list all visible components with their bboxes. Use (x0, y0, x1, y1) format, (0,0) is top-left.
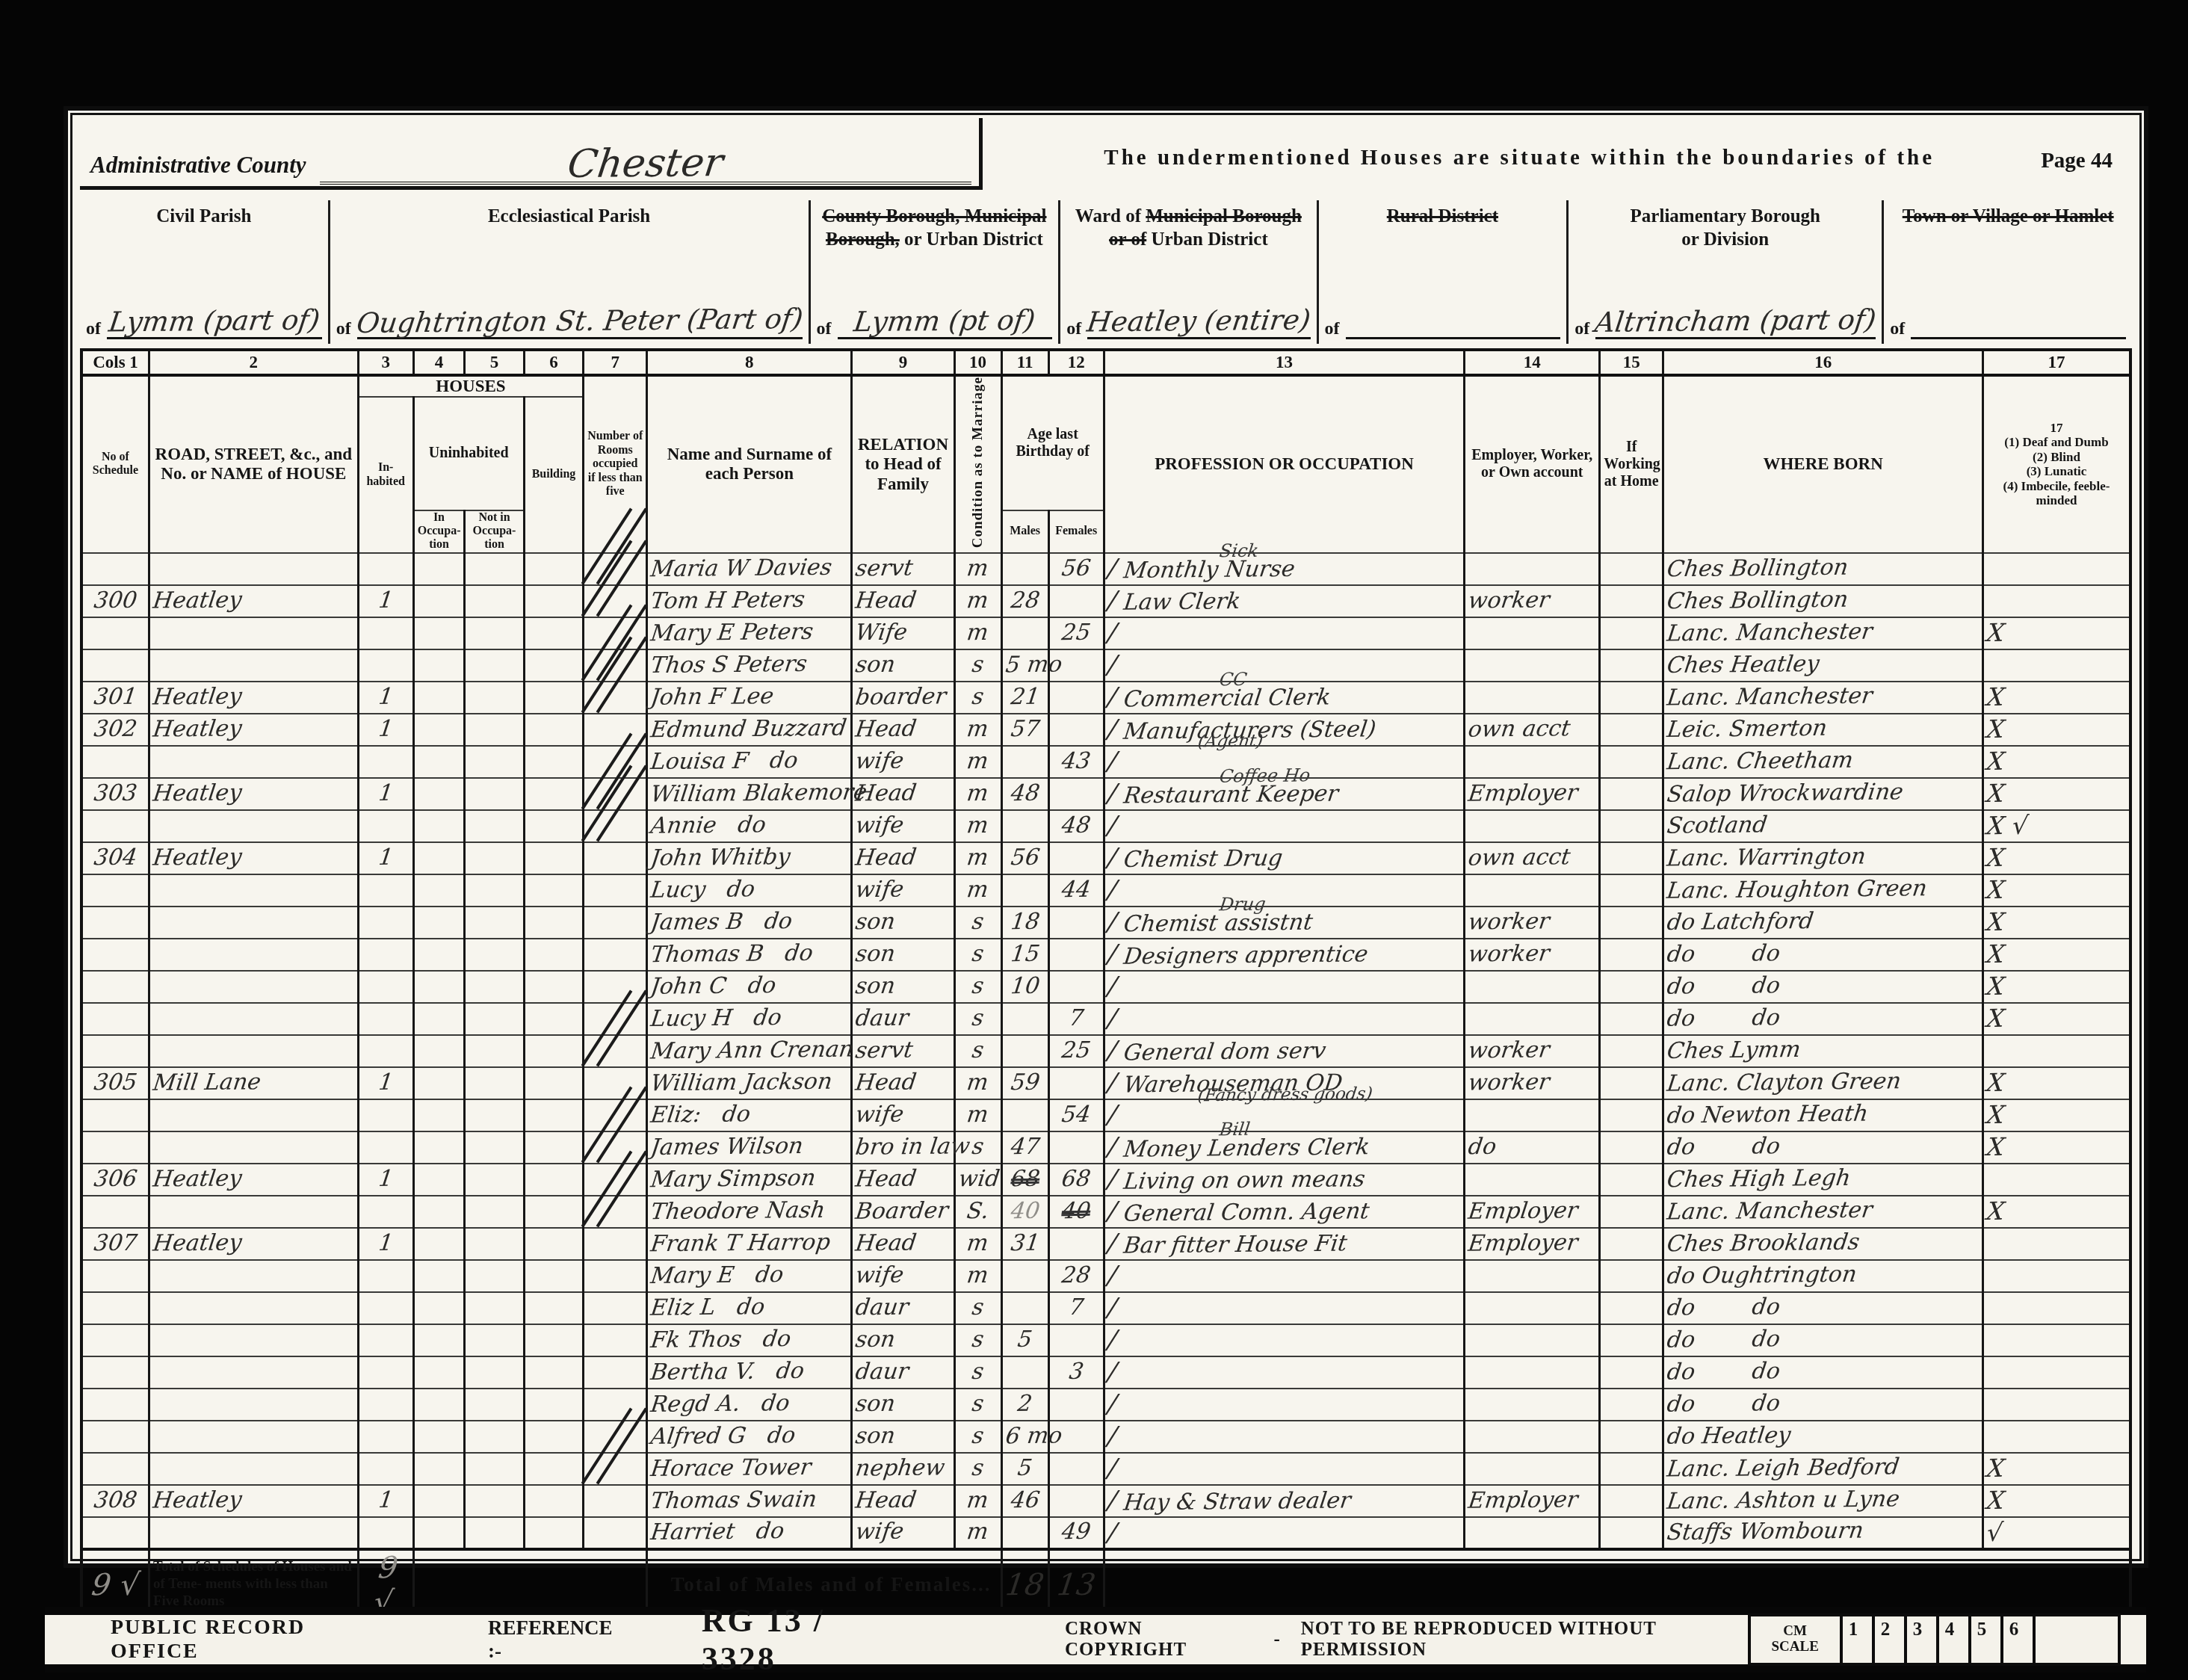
schedule-cell (81, 874, 149, 907)
infirmity-cell: X (1983, 1099, 2131, 1131)
building-cell (524, 1003, 584, 1035)
rooms-cell (584, 1421, 647, 1453)
name-cell: Horace Tower (647, 1453, 852, 1485)
building-cell (524, 1421, 584, 1453)
tally-mark: / (1107, 1489, 1119, 1513)
col-number: 7 (584, 350, 647, 375)
rooms-cell (584, 842, 647, 874)
occupation-text: Chemist Drug (1122, 848, 1284, 871)
age-females-cell: 7 (1048, 1003, 1104, 1035)
age-females-cell (1048, 714, 1104, 746)
age-males-cell: 28 (1001, 585, 1048, 617)
name-cell: Thomas Swain (647, 1485, 852, 1517)
occupation-cell: /Manufacturers (Steel)(Agent) (1104, 714, 1465, 746)
working-at-home-cell (1600, 682, 1663, 714)
road-cell: Heatley (149, 682, 358, 714)
col-number: 2 (149, 350, 358, 375)
name-cell: John C do (647, 971, 852, 1003)
road-cell: Heatley (149, 1164, 358, 1196)
in-occupation-cell (413, 1356, 465, 1389)
in-occupation-cell (413, 1196, 465, 1228)
admin-county-box: Administrative County Chester (80, 118, 983, 190)
census-row: 304 Heatley 1 John Whitby Head m 56 /Che… (81, 842, 2130, 874)
age-males-cell: 68 (1001, 1164, 1048, 1196)
district-box: County Borough, MunicipalBorough, or Urb… (809, 200, 1059, 344)
name-cell: William Blakemore (647, 778, 852, 810)
age-males-cell: 48 (1001, 778, 1048, 810)
inhabited-cell (358, 1131, 413, 1164)
infirmity-cell (1983, 1164, 2131, 1196)
census-row: John C do son s 10 / do do X (81, 971, 2130, 1003)
rooms-cell (584, 649, 647, 682)
road-cell (149, 1324, 358, 1356)
relation-cell: son (852, 907, 954, 939)
not-in-occupation-cell (465, 1035, 525, 1067)
infirmity-cell: X (1983, 617, 2131, 649)
occupation-cell: / (1104, 649, 1465, 682)
total-schedules-label: Total of Schedules of Houses and of Tene… (153, 1559, 354, 1610)
road-cell (149, 1356, 358, 1389)
working-at-home-cell (1600, 1356, 1663, 1389)
name-cell: Regd A. do (647, 1389, 852, 1421)
admin-county-row: Administrative County Chester The underm… (80, 118, 2132, 190)
building-cell (524, 1131, 584, 1164)
inhabited-cell (358, 1356, 413, 1389)
cm-scale-tick: 3 (1904, 1616, 1936, 1663)
employer-cell (1465, 1453, 1600, 1485)
employer-cell: Employer (1465, 1228, 1600, 1260)
where-born-cell: do do (1663, 1131, 1983, 1164)
tally-mark: / (1107, 621, 1119, 645)
employer-cell: worker (1465, 907, 1600, 939)
road-cell: Heatley (149, 1485, 358, 1517)
name-cell: Eliz: do (647, 1099, 852, 1131)
employer-cell (1465, 617, 1600, 649)
in-occupation-cell (413, 617, 465, 649)
rooms-cell (584, 1292, 647, 1324)
building-cell (524, 907, 584, 939)
name-cell: Bertha V. do (647, 1356, 852, 1389)
working-at-home-cell (1600, 714, 1663, 746)
relation-cell: daur (852, 1292, 954, 1324)
in-occupation-cell (413, 1517, 465, 1549)
condition-cell: s (954, 1421, 1001, 1453)
road-cell: Heatley (149, 778, 358, 810)
relation-cell: Head (852, 1228, 954, 1260)
rooms-cell (584, 553, 647, 585)
in-occupation-cell (413, 1067, 465, 1099)
age-males-cell (1001, 1292, 1048, 1324)
relation-cell: nephew (852, 1453, 954, 1485)
age-females-cell (1048, 907, 1104, 939)
inhabited-cell: 1 (358, 714, 413, 746)
admin-county-underline: Chester (320, 146, 972, 185)
occupation-cell: /Hay & Straw dealer (1104, 1485, 1465, 1517)
inhabited-cell (358, 1421, 413, 1453)
age-males-cell (1001, 1356, 1048, 1389)
occupation-cell: / (1104, 810, 1465, 842)
where-born-cell: Lanc. Manchester (1663, 1196, 1983, 1228)
in-occupation-cell (413, 842, 465, 874)
district-label: County Borough, MunicipalBorough, or Urb… (817, 205, 1053, 252)
where-born-cell: Lanc. Clayton Green (1663, 1067, 1983, 1099)
col-number: 11 (1001, 350, 1048, 375)
occupation-text: General dom serv (1122, 1041, 1327, 1064)
schedule-header: No of Schedule (81, 375, 149, 553)
in-occupation-cell (413, 585, 465, 617)
road-cell: Heatley (149, 714, 358, 746)
working-at-home-cell (1600, 585, 1663, 617)
tally-mark: / (1107, 1296, 1119, 1320)
not-in-occupation-cell (465, 1389, 525, 1421)
age-males-cell (1001, 746, 1048, 778)
inhabited-cell (358, 874, 413, 907)
district-of-label: of (1325, 319, 1340, 339)
district-of-label: of (817, 319, 832, 339)
building-cell (524, 939, 584, 971)
reference-label: REFERENCE :- (488, 1616, 619, 1663)
inhabited-cell (358, 1099, 413, 1131)
where-born-cell: Ches High Legh (1663, 1164, 1983, 1196)
employer-cell (1465, 1003, 1600, 1035)
age-males-cell (1001, 617, 1048, 649)
age-males-cell (1001, 553, 1048, 585)
age-females-cell: 43 (1048, 746, 1104, 778)
census-row: Mary E Peters Wife m 25 / Lanc. Manchest… (81, 617, 2130, 649)
col-number: 16 (1663, 350, 1983, 375)
cm-scale-blank (2033, 1616, 2118, 1663)
rooms-cell (584, 1067, 647, 1099)
not-in-occupation-cell (465, 1228, 525, 1260)
rooms-cell (584, 682, 647, 714)
occupation-cell: / (1104, 1099, 1465, 1131)
inhabited-cell (358, 1453, 413, 1485)
relation-cell: son (852, 1324, 954, 1356)
district-label-part: Ward of (1075, 206, 1146, 226)
where-born-cell: Leic. Smerton (1663, 714, 1983, 746)
condition-cell: m (954, 1517, 1001, 1549)
age-males-cell (1001, 1035, 1048, 1067)
relation-cell: wife (852, 810, 954, 842)
relation-cell: wife (852, 1260, 954, 1292)
relation-cell: son (852, 1421, 954, 1453)
age-females-cell: 3 (1048, 1356, 1104, 1389)
in-occupation-cell (413, 810, 465, 842)
where-born-cell: do do (1663, 939, 1983, 971)
where-born-cell: Ches Heatley (1663, 649, 1983, 682)
tally-mark: / (1107, 942, 1119, 966)
district-of-label: of (336, 319, 351, 339)
rooms-cell (584, 1003, 647, 1035)
in-occupation-cell (413, 971, 465, 1003)
name-cell: Alfred G do (647, 1421, 852, 1453)
district-value-text: Oughtrington St. Peter (Part of) (355, 305, 805, 337)
relation-cell: Boarder (852, 1196, 954, 1228)
infirmity-cell: X (1983, 682, 2131, 714)
working-at-home-cell (1600, 1067, 1663, 1099)
where-born-cell: Lanc. Manchester (1663, 682, 1983, 714)
age-males-cell: 5 mo (1001, 649, 1048, 682)
tally-mark: / (1107, 1424, 1119, 1448)
in-occupation-cell (413, 1453, 465, 1485)
employer-cell (1465, 874, 1600, 907)
census-row: Maria W Davies servt m 56 /SickMonthly N… (81, 553, 2130, 585)
where-born-cell: Ches Brooklands (1663, 1228, 1983, 1260)
in-occupation-cell (413, 649, 465, 682)
occupation-cell: /Living on own means (1104, 1164, 1465, 1196)
rooms-cell (584, 874, 647, 907)
working-at-home-cell (1600, 1164, 1663, 1196)
schedule-cell (81, 649, 149, 682)
district-value-text: Lymm (part of) (107, 306, 321, 336)
condition-cell: m (954, 617, 1001, 649)
census-row: James B do son s 18 /DrugChemist assistn… (81, 907, 2130, 939)
not-in-occupation-cell (465, 1067, 525, 1099)
district-label: Town or Village or Hamlet (1890, 205, 2126, 228)
where-born-cell: Lanc. Leigh Bedford (1663, 1453, 1983, 1485)
working-at-home-cell (1600, 778, 1663, 810)
employer-cell (1465, 1099, 1600, 1131)
tally-mark: / (1107, 1520, 1119, 1544)
district-label: Civil Parish (86, 205, 322, 228)
where-born-cell: do Latchford (1663, 907, 1983, 939)
infirmity-cell: X (1983, 1131, 2131, 1164)
inhabited-cell (358, 971, 413, 1003)
building-cell (524, 1260, 584, 1292)
inhabited-cell (358, 649, 413, 682)
census-row: Regd A. do son s 2 / do do (81, 1389, 2130, 1421)
age-females-cell: 54 (1048, 1099, 1104, 1131)
district-value: of (1890, 307, 2126, 339)
district-box: Parliamentary Boroughor Division of Altr… (1566, 200, 1882, 344)
in-occupation-cell (413, 907, 465, 939)
col-number: 13 (1104, 350, 1465, 375)
rooms-cell (584, 1324, 647, 1356)
age-header: Age last Birthday of (1001, 375, 1104, 510)
infirmity-cell: X √ (1983, 810, 2131, 842)
district-label-part: Town or Village or Hamlet (1903, 206, 2114, 226)
tally-mark: / (1107, 1392, 1119, 1416)
not-in-occupation-cell (465, 1517, 525, 1549)
scanned-census-page: { "header": { "admin_county_label": "Adm… (0, 0, 2188, 1680)
in-occupation-cell (413, 1292, 465, 1324)
working-at-home-cell (1600, 1260, 1663, 1292)
col-number: 6 (524, 350, 584, 375)
employer-cell: worker (1465, 1067, 1600, 1099)
census-row: Harriet do wife m 49 / Staffs Wombourn √ (81, 1517, 2130, 1549)
employer-cell (1465, 1517, 1600, 1549)
in-occupation-cell (413, 1389, 465, 1421)
relation-cell: son (852, 939, 954, 971)
tally-mark: / (1107, 750, 1119, 773)
road-cell: Heatley (149, 842, 358, 874)
name-cell: John Whitby (647, 842, 852, 874)
not-in-occupation-cell (465, 1453, 525, 1485)
district-value: of Altrincham (part of) (1574, 307, 1876, 339)
age-females-cell (1048, 585, 1104, 617)
relation-cell: son (852, 1389, 954, 1421)
occupation-text: Living on own means (1122, 1169, 1367, 1193)
name-cell: Thos S Peters (647, 649, 852, 682)
building-cell (524, 1099, 584, 1131)
name-cell: Fk Thos do (647, 1324, 852, 1356)
building-cell (524, 971, 584, 1003)
building-cell (524, 778, 584, 810)
age-females-cell: 40 (1048, 1196, 1104, 1228)
employer-cell (1465, 1260, 1600, 1292)
district-value-underline: Heatley (entire) (1087, 307, 1310, 339)
inhabited-cell (358, 1324, 413, 1356)
cm-scale-label: CM SCALE (1751, 1616, 1840, 1663)
district-box: Ecclesiastical Parish of Oughtrington St… (328, 200, 809, 344)
district-value-text: Heatley (entire) (1086, 306, 1313, 336)
age-females-cell: 44 (1048, 874, 1104, 907)
condition-cell: m (954, 1099, 1001, 1131)
crown-copyright-label: CROWN COPYRIGHT (1065, 1619, 1253, 1661)
schedule-cell (81, 1421, 149, 1453)
tally-mark: / (1107, 1167, 1119, 1191)
occupation-cell: / (1104, 1453, 1465, 1485)
not-in-occupation-cell (465, 907, 525, 939)
inhabited-cell (358, 553, 413, 585)
road-cell (149, 810, 358, 842)
building-cell (524, 682, 584, 714)
schedule-cell (81, 939, 149, 971)
condition-cell: s (954, 1356, 1001, 1389)
in-occupation-cell (413, 1421, 465, 1453)
rooms-cell (584, 1196, 647, 1228)
occupation-cell: /General Comn. Agent (1104, 1196, 1465, 1228)
col-number: 15 (1600, 350, 1663, 375)
schedule-cell (81, 1356, 149, 1389)
in-occupation-cell (413, 1131, 465, 1164)
working-at-home-cell (1600, 874, 1663, 907)
inhabited-cell (358, 907, 413, 939)
infirmity-cell: X (1983, 778, 2131, 810)
age-males-cell (1001, 1517, 1048, 1549)
district-value-underline: Oughtrington St. Peter (Part of) (357, 307, 803, 339)
road-cell (149, 971, 358, 1003)
rooms-cell (584, 1131, 647, 1164)
tally-mark: / (1107, 910, 1119, 934)
condition-cell: s (954, 1453, 1001, 1485)
census-sheet: Administrative County Chester The underm… (64, 106, 2148, 1568)
district-label-part: or Division (1681, 229, 1769, 250)
working-at-home-cell (1600, 1035, 1663, 1067)
working-at-home-cell (1600, 842, 1663, 874)
handwritten-total: 13 (1055, 1567, 1098, 1602)
infirmity-cell (1983, 649, 2131, 682)
road-cell (149, 1260, 358, 1292)
rooms-cell (584, 1164, 647, 1196)
condition-cell: m (954, 1228, 1001, 1260)
district-value: of Lymm (part of) (86, 307, 322, 339)
road-cell (149, 1453, 358, 1485)
district-label-part: Borough, (826, 229, 900, 250)
employer-cell (1465, 649, 1600, 682)
relation-cell: Head (852, 585, 954, 617)
building-cell (524, 874, 584, 907)
district-value-underline (1911, 307, 2126, 339)
in-occupation-cell (413, 746, 465, 778)
condition-cell: m (954, 810, 1001, 842)
relation-cell: Head (852, 778, 954, 810)
age-females-cell (1048, 842, 1104, 874)
age-males-cell (1001, 874, 1048, 907)
working-at-home-cell (1600, 939, 1663, 971)
name-cell: William Jackson (647, 1067, 852, 1099)
infirmity-cell (1983, 1356, 2131, 1389)
occupation-cell: /Warehouseman OD(Fancy dress goods) (1104, 1067, 1465, 1099)
working-at-home-cell (1600, 971, 1663, 1003)
schedule-cell: 305 (81, 1067, 149, 1099)
condition-cell: s (954, 1389, 1001, 1421)
schedule-cell: 303 (81, 778, 149, 810)
employer-cell: Employer (1465, 1485, 1600, 1517)
district-of-label: of (86, 319, 101, 339)
in-occupation-cell (413, 1099, 465, 1131)
inhabited-cell: 1 (358, 1164, 413, 1196)
infirmity-cell (1983, 1292, 2131, 1324)
employer-cell (1465, 1356, 1600, 1389)
tally-mark: / (1107, 717, 1119, 741)
occupation-cell: /Chemist Drug (1104, 842, 1465, 874)
schedule-cell (81, 1324, 149, 1356)
where-born-cell: do Oughtrington (1663, 1260, 1983, 1292)
infirmity-cell (1983, 585, 2131, 617)
age-females-cell: 56 (1048, 553, 1104, 585)
road-cell (149, 1196, 358, 1228)
in-occupation-cell (413, 1164, 465, 1196)
inhabited-cell (358, 939, 413, 971)
district-label: Rural District (1325, 205, 1561, 228)
cm-scale-tick: 4 (1936, 1616, 1968, 1663)
not-in-occupation-cell (465, 1260, 525, 1292)
not-in-occupation-cell (465, 1099, 525, 1131)
occupation-cell: / (1104, 1356, 1465, 1389)
schedule-cell (81, 1453, 149, 1485)
not-in-occupation-cell (465, 939, 525, 971)
col-number: Cols 1 (81, 350, 149, 375)
condition-cell: s (954, 939, 1001, 971)
census-table: Cols 1 234567891011121314151617 No of Sc… (80, 348, 2132, 1624)
name-cell: John F Lee (647, 682, 852, 714)
inhabited-cell: 1 (358, 1485, 413, 1517)
inhabited-cell (358, 1196, 413, 1228)
condition-cell: wid (954, 1164, 1001, 1196)
occupation-text: Bar fitter House Fit (1122, 1233, 1348, 1257)
occupation-text: General Comn. Agent (1122, 1201, 1370, 1225)
condition-cell: s (954, 1035, 1001, 1067)
age-females-cell (1048, 682, 1104, 714)
occupation-cell: /General dom serv (1104, 1035, 1465, 1067)
tally-mark: / (1107, 1232, 1119, 1256)
district-value-text (1447, 307, 1459, 335)
occupation-text: Commercial Clerk (1122, 687, 1332, 710)
age-males-cell: 21 (1001, 682, 1048, 714)
infirmity-cell (1983, 1035, 2131, 1067)
not-in-occupation-cell (465, 971, 525, 1003)
employer-cell (1465, 682, 1600, 714)
in-occupation-cell (413, 1260, 465, 1292)
condition-cell: m (954, 778, 1001, 810)
relation-cell: wife (852, 746, 954, 778)
reproduction-notice: NOT TO BE REPRODUCED WITHOUT PERMISSION (1301, 1619, 1748, 1661)
rooms-cell (584, 1517, 647, 1549)
age-females-cell: 25 (1048, 1035, 1104, 1067)
employer-cell (1465, 1164, 1600, 1196)
schedule-cell: 308 (81, 1485, 149, 1517)
